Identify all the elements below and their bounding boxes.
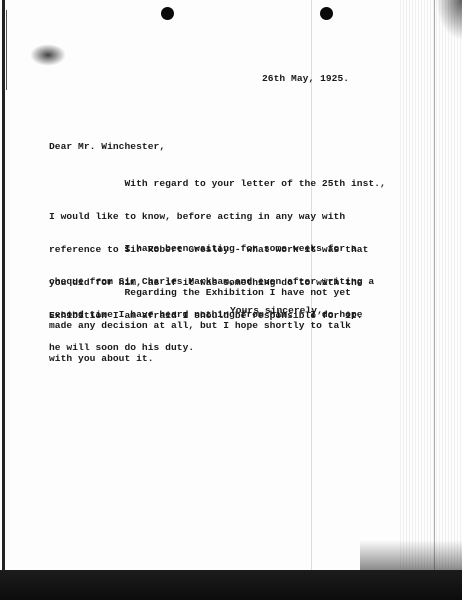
paragraph-3: Regarding the Exhibition I have not yet …	[49, 265, 351, 386]
paragraph-line: With regard to your letter of the 25th i…	[49, 178, 386, 189]
letter-salutation: Dear Mr. Winchester,	[49, 141, 165, 152]
scan-left-edge-artifact	[6, 10, 7, 90]
scan-bottom-border	[0, 570, 462, 600]
punch-hole-left	[161, 7, 174, 20]
paragraph-line: with you about it.	[49, 353, 351, 364]
scan-shadow	[360, 540, 462, 572]
paragraph-line: Regarding the Exhibition I have not yet	[49, 287, 351, 298]
ink-smudge	[30, 44, 66, 66]
punch-hole-right	[320, 7, 333, 20]
scan-noise-right	[400, 0, 462, 600]
letter-closing: Yours sincerely,	[230, 305, 323, 316]
scan-right-rule	[434, 0, 435, 590]
corner-smudge	[436, 0, 462, 40]
paragraph-line: made any decision at all, but I hope sho…	[49, 320, 351, 331]
scan-left-edge	[2, 0, 5, 600]
letter-date: 26th May, 1925.	[262, 73, 349, 84]
letter-page: 26th May, 1925. Dear Mr. Winchester, Wit…	[0, 0, 462, 600]
paragraph-line: I have been waiting for some weeks for a	[49, 243, 374, 254]
